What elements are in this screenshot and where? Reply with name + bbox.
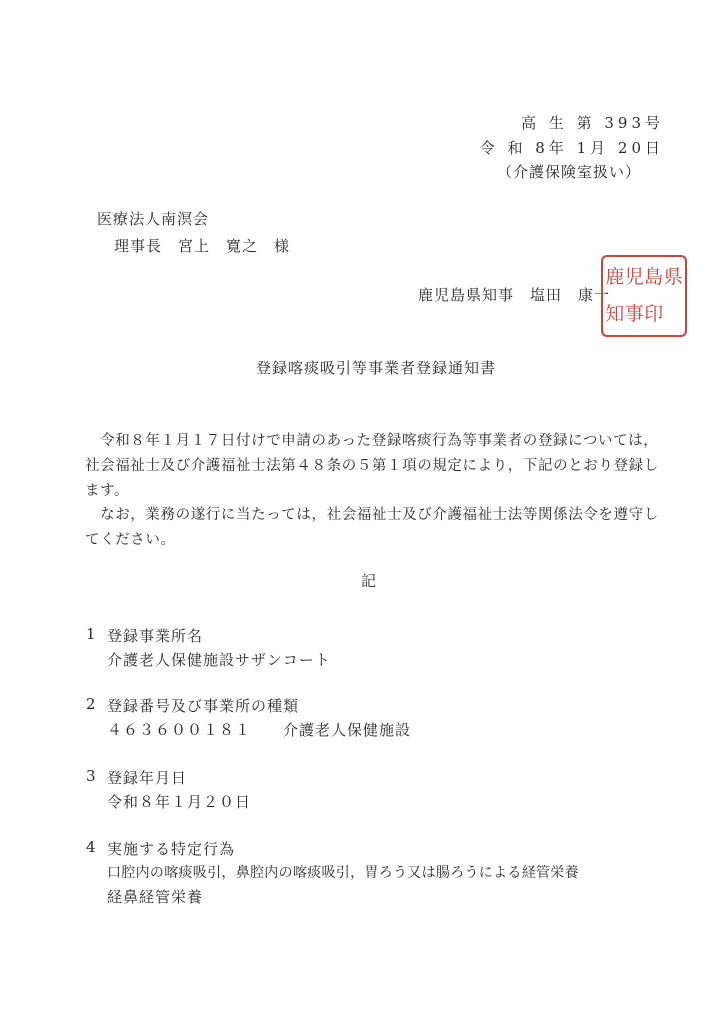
- document-title: 登録喀痰吸引等事業者登録通知書: [256, 357, 496, 378]
- seal-char: 鹿: [605, 268, 625, 287]
- body-line: 社会福祉士及び介護福祉士法第４８条の５第１項の規定により，下記のとおり登録し: [85, 454, 659, 475]
- handling-office: （介護保険室扱い）: [497, 161, 641, 182]
- item-label: 登録年月日: [107, 767, 187, 788]
- body-line: 令和８年１月１７日付けで申請のあった登録喀痰行為等事業者の登録については，: [85, 429, 658, 450]
- body-line: なお，業務の遂行に当たっては，社会福祉士及び介護福祉士法等関係法令を遵守し: [85, 503, 659, 524]
- seal-char: 児: [625, 268, 645, 287]
- official-seal: 鹿 児 島 県 知 事 印: [601, 255, 687, 337]
- ki-heading: 記: [361, 570, 377, 591]
- recipient-organization: 医療法人南溟会: [97, 208, 209, 229]
- sender-name: 鹿児島県知事 塩田 康一: [418, 284, 610, 305]
- issue-date: 令 和 8年 1月 20日: [480, 137, 664, 158]
- seal-char: 知: [605, 305, 625, 324]
- seal-char: 事: [625, 305, 645, 324]
- item-value: 口腔内の喀痰吸引，鼻腔内の喀痰吸引，胃ろう又は腸ろうによる経管栄養: [107, 862, 579, 882]
- item-value: 介護老人保健施設サザンコート: [107, 649, 331, 670]
- seal-char: 島: [644, 268, 664, 287]
- item-value: 令和８年１月２０日: [107, 791, 251, 812]
- item-label: 登録事業所名: [107, 625, 203, 646]
- recipient-person: 理事長 宮上 寛之 様: [114, 235, 290, 256]
- item-label: 登録番号及び事業所の種類: [107, 695, 299, 716]
- item-label: 実施する特定行為: [107, 838, 235, 859]
- body-line: ます。: [85, 479, 129, 500]
- item-number: 2: [86, 695, 97, 713]
- seal-char: 印: [644, 305, 664, 324]
- item-number: 3: [86, 767, 97, 785]
- document-number: 高 生 第 393号: [521, 112, 664, 133]
- item-value: ４６３６００１８１ 介護老人保健施設: [107, 719, 411, 740]
- body-line: てください。: [85, 528, 176, 549]
- seal-char: 県: [664, 268, 684, 287]
- item-number: 1: [86, 625, 97, 643]
- item-value: 経鼻経管栄養: [107, 886, 203, 907]
- item-number: 4: [86, 838, 97, 856]
